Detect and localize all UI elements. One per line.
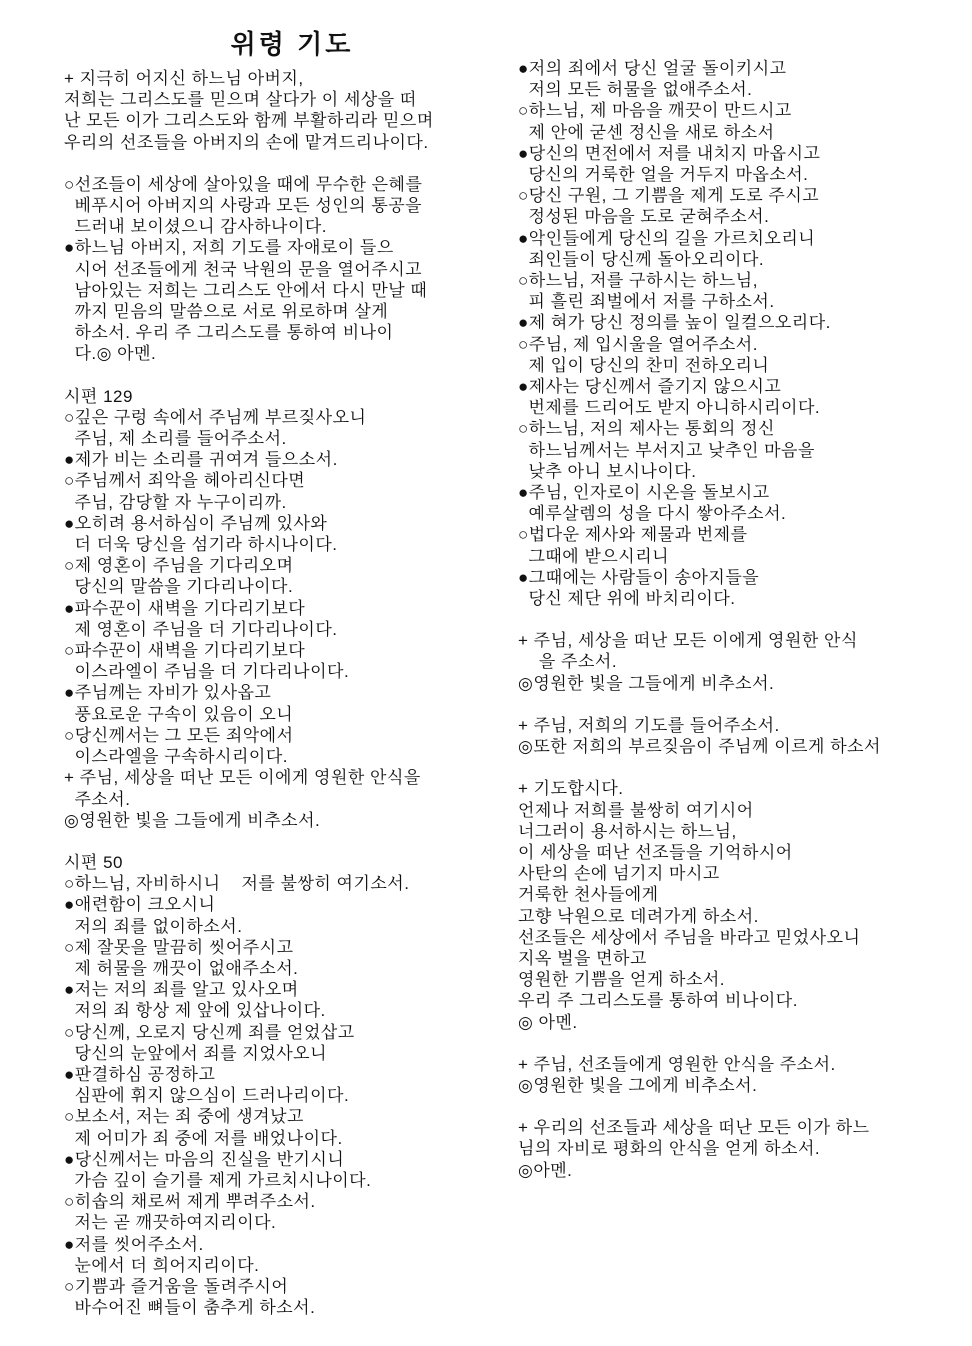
right-column-text: ●저의 죄에서 당신 얼굴 돌이키시고 저의 모든 허물을 없애주소서.○하느님… <box>518 58 962 1181</box>
text-line: ●오히려 용서하심이 주님께 있사와 <box>64 513 460 534</box>
text-line: 제 안에 굳센 정신을 새로 하소서 <box>518 122 962 143</box>
text-line: 언제나 저희를 불쌍히 여기시어 <box>518 800 962 821</box>
text-line: ●저의 죄에서 당신 얼굴 돌이키시고 <box>518 58 962 79</box>
text-line: 예루살렘의 성을 다시 쌓아주소서. <box>518 503 962 524</box>
text-line: 하소서. 우리 주 그리스도를 통하여 비나이 <box>64 322 460 343</box>
text-line: 다.◎ 아멘. <box>64 343 460 364</box>
text-line: 저의 죄 항상 제 앞에 있삽나이다. <box>64 1000 460 1021</box>
text-line: ●저를 씻어주소서. <box>64 1234 460 1255</box>
text-line: 이스라엘이 주님을 더 기다리나이다. <box>64 661 460 682</box>
text-line: ●애련함이 크오시니 <box>64 894 460 915</box>
text-line: ○하느님, 자비하시니 저를 불쌍히 여기소서. <box>64 873 460 894</box>
text-line: ○기쁨과 즐거움을 돌려주시어 <box>64 1276 460 1297</box>
text-line: 시편 50 <box>64 852 460 873</box>
text-line: ●제사는 당신께서 즐기지 않으시고 <box>518 376 962 397</box>
text-line: 당신 제단 위에 바치리이다. <box>518 588 962 609</box>
text-line: 저의 모든 허물을 없애주소서. <box>518 79 962 100</box>
text-line: 너그러이 용서하시는 하느님, <box>518 821 962 842</box>
document-title: 위령 기도 <box>124 28 460 60</box>
text-line: ●주님, 인자로이 시온을 돌보시고 <box>518 482 962 503</box>
text-line: + 주님, 세상을 떠난 모든 이에게 영원한 안식을 <box>64 767 460 788</box>
text-line: ○선조들이 세상에 살아있을 때에 무수한 은혜를 <box>64 174 460 195</box>
text-block: ●저의 죄에서 당신 얼굴 돌이키시고 저의 모든 허물을 없애주소서.○하느님… <box>518 58 962 609</box>
text-line: ○당신 구원, 그 기쁨을 제게 도로 주시고 <box>518 185 962 206</box>
text-line: 남아있는 저희는 그리스도 안에서 다시 만날 때 <box>64 280 460 301</box>
text-line: ◎또한 저희의 부르짖음이 주님께 이르게 하소서 <box>518 736 962 757</box>
text-line: 까지 믿음의 말씀으로 서로 위로하며 살게 <box>64 301 460 322</box>
text-line: 우리의 선조들을 아버지의 손에 맡겨드리나이다. <box>64 132 460 153</box>
text-line: 당신의 거룩한 얼을 거두지 마옵소서. <box>518 164 962 185</box>
text-line: ◎영원한 빛을 그들에게 비추소서. <box>518 673 962 694</box>
left-column-text: + 지극히 어지신 하느님 아버지,저희는 그리스도를 믿으며 살다가 이 세상… <box>64 68 460 1318</box>
text-block: ○선조들이 세상에 살아있을 때에 무수한 은혜를 베푸시어 아버지의 사랑과 … <box>64 174 460 365</box>
text-line: + 지극히 어지신 하느님 아버지, <box>64 68 460 89</box>
text-line: 눈에서 더 희어지리이다. <box>64 1255 460 1276</box>
text-line: 저의 죄를 없이하소서. <box>64 916 460 937</box>
text-block: + 주님, 세상을 떠난 모든 이에게 영원한 안식 을 주소서.◎영원한 빛을… <box>518 630 962 694</box>
text-line: 베푸시어 아버지의 사랑과 모든 성인의 통공을 <box>64 195 460 216</box>
text-line: + 기도합시다. <box>518 778 962 799</box>
text-line: 지옥 벌을 면하고 <box>518 948 962 969</box>
text-line: ●당신의 면전에서 저를 내치지 마옵시고 <box>518 143 962 164</box>
text-block: 시편 129○깊은 구렁 속에서 주님께 부르짖사오니 주님, 제 소리를 들어… <box>64 386 460 831</box>
text-line: + 주님, 선조들에게 영원한 안식을 주소서. <box>518 1054 962 1075</box>
right-column: ●저의 죄에서 당신 얼굴 돌이키시고 저의 모든 허물을 없애주소서.○하느님… <box>518 28 962 1346</box>
text-line: ○제 잘못을 말끔히 씻어주시고 <box>64 937 460 958</box>
text-line: 영원한 기쁨을 얻게 하소서. <box>518 969 962 990</box>
text-line: 제 어미가 죄 중에 저를 배었나이다. <box>64 1128 460 1149</box>
text-line: 낮추 아니 보시나이다. <box>518 461 962 482</box>
text-line: 하느님께서는 부서지고 낮추인 마음을 <box>518 440 962 461</box>
text-line: 사탄의 손에 넘기지 마시고 <box>518 863 962 884</box>
text-line: ●그때에는 사람들이 송아지들을 <box>518 567 962 588</box>
text-line: ○법다운 제사와 제물과 번제를 <box>518 524 962 545</box>
text-line: ●저는 저의 죄를 알고 있사오며 <box>64 979 460 1000</box>
prayer-document-page: 위령 기도 + 지극히 어지신 하느님 아버지,저희는 그리스도를 믿으며 살다… <box>0 0 972 1346</box>
text-line: 제 영혼이 주님을 더 기다리나이다. <box>64 619 460 640</box>
text-line: ○주님께서 죄악을 헤아리신다면 <box>64 470 460 491</box>
text-line: ○하느님, 저의 제사는 통회의 정신 <box>518 418 962 439</box>
text-line: 주님, 제 소리를 들어주소서. <box>64 428 460 449</box>
text-line: 거룩한 천사들에게 <box>518 884 962 905</box>
text-line: ●파수꾼이 새벽을 기다리기보다 <box>64 598 460 619</box>
text-line: 님의 자비로 평화의 안식을 얻게 하소서. <box>518 1138 962 1159</box>
text-line: 그때에 받으시리니 <box>518 546 962 567</box>
text-line: ◎영원한 빛을 그에게 비추소서. <box>518 1075 962 1096</box>
text-block: + 기도합시다.언제나 저희를 불쌍히 여기시어너그러이 용서하시는 하느님,이… <box>518 778 962 1032</box>
text-line: ○깊은 구렁 속에서 주님께 부르짖사오니 <box>64 407 460 428</box>
text-line: 시편 129 <box>64 386 460 407</box>
text-line: 제 입이 당신의 찬미 전하오리니 <box>518 355 962 376</box>
text-line: ○파수꾼이 새벽을 기다리기보다 <box>64 640 460 661</box>
text-line: ●하느님 아버지, 저희 기도를 자애로이 들으 <box>64 237 460 258</box>
text-line: 가슴 깊이 슬기를 제게 가르치시나이다. <box>64 1170 460 1191</box>
text-line: ◎영원한 빛을 그들에게 비추소서. <box>64 810 460 831</box>
text-line: ○당신께, 오로지 당신께 죄를 얻었삽고 <box>64 1022 460 1043</box>
text-line: ●제가 비는 소리를 귀여겨 들으소서. <box>64 449 460 470</box>
text-line: ○보소서, 저는 죄 중에 생겨났고 <box>64 1106 460 1127</box>
text-line: 당신의 눈앞에서 죄를 지었사오니 <box>64 1043 460 1064</box>
text-line: 을 주소서. <box>518 651 962 672</box>
text-line: 심판에 휘지 않으심이 드러나리이다. <box>64 1085 460 1106</box>
text-line: 고향 낙원으로 데려가게 하소서. <box>518 906 962 927</box>
text-line: 번제를 드리어도 받지 아니하시리이다. <box>518 397 962 418</box>
text-line: 우리 주 그리스도를 통하여 비나이다. <box>518 990 962 1011</box>
text-line: 시어 선조들에게 천국 낙원의 문을 열어주시고 <box>64 259 460 280</box>
text-line: 주님, 감당할 자 누구이리까. <box>64 492 460 513</box>
text-line: 저희는 그리스도를 믿으며 살다가 이 세상을 떠 <box>64 89 460 110</box>
text-line: 이스라엘을 구속하시리이다. <box>64 746 460 767</box>
text-block: + 우리의 선조들과 세상을 떠난 모든 이가 하느님의 자비로 평화의 안식을… <box>518 1117 962 1181</box>
text-line: 바수어진 뼈들이 춤추게 하소서. <box>64 1297 460 1318</box>
text-line: ○당신께서는 그 모든 죄악에서 <box>64 725 460 746</box>
text-line: 더 더욱 당신을 섬기라 하시나이다. <box>64 534 460 555</box>
text-block: + 주님, 선조들에게 영원한 안식을 주소서.◎영원한 빛을 그에게 비추소서… <box>518 1054 962 1096</box>
text-line: ●제 혀가 당신 정의를 높이 일컬으오리다. <box>518 312 962 333</box>
text-line: ●주님께는 자비가 있사옵고 <box>64 682 460 703</box>
text-line: 정성된 마음을 도로 굳혀주소서. <box>518 206 962 227</box>
text-block: + 지극히 어지신 하느님 아버지,저희는 그리스도를 믿으며 살다가 이 세상… <box>64 68 460 153</box>
text-line: ○하느님, 제 마음을 깨끗이 만드시고 <box>518 100 962 121</box>
text-line: + 주님, 저희의 기도를 들어주소서. <box>518 715 962 736</box>
text-line: ○히솝의 채로써 제게 뿌려주소서. <box>64 1191 460 1212</box>
text-line: ●판결하심 공정하고 <box>64 1064 460 1085</box>
text-line: 피 흘린 죄벌에서 저를 구하소서. <box>518 291 962 312</box>
text-line: 풍요로운 구속이 있음이 오니 <box>64 704 460 725</box>
text-line: ◎아멘. <box>518 1160 962 1181</box>
text-line: 이 세상을 떠난 선조들을 기억하시어 <box>518 842 962 863</box>
text-line: 주소서. <box>64 789 460 810</box>
text-block: 시편 50○하느님, 자비하시니 저를 불쌍히 여기소서.●애련함이 크오시니 … <box>64 852 460 1318</box>
text-line: 죄인들이 당신께 돌아오리이다. <box>518 249 962 270</box>
text-line: 선조들은 세상에서 주님을 바라고 믿었사오니 <box>518 927 962 948</box>
text-line: ◎ 아멘. <box>518 1012 962 1033</box>
text-block: + 주님, 저희의 기도를 들어주소서.◎또한 저희의 부르짖음이 주님께 이르… <box>518 715 962 757</box>
text-line: ○제 영혼이 주님을 기다리오며 <box>64 555 460 576</box>
text-line: 저는 곧 깨끗하여지리이다. <box>64 1212 460 1233</box>
text-line: + 우리의 선조들과 세상을 떠난 모든 이가 하느 <box>518 1117 962 1138</box>
text-line: ●악인들에게 당신의 길을 가르치오리니 <box>518 228 962 249</box>
text-line: 당신의 말씀을 기다리나이다. <box>64 576 460 597</box>
left-column: 위령 기도 + 지극히 어지신 하느님 아버지,저희는 그리스도를 믿으며 살다… <box>64 28 460 1346</box>
text-line: 난 모든 이가 그리스도와 함께 부활하리라 믿으며 <box>64 110 460 131</box>
text-line: 드러내 보이셨으니 감사하나이다. <box>64 216 460 237</box>
text-line: 제 허물을 깨끗이 없애주소서. <box>64 958 460 979</box>
text-line: ●당신께서는 마음의 진실을 반기시니 <box>64 1149 460 1170</box>
text-line: + 주님, 세상을 떠난 모든 이에게 영원한 안식 <box>518 630 962 651</box>
text-line: ○주님, 제 입시울을 열어주소서. <box>518 334 962 355</box>
text-line: ○하느님, 저를 구하시는 하느님, <box>518 270 962 291</box>
